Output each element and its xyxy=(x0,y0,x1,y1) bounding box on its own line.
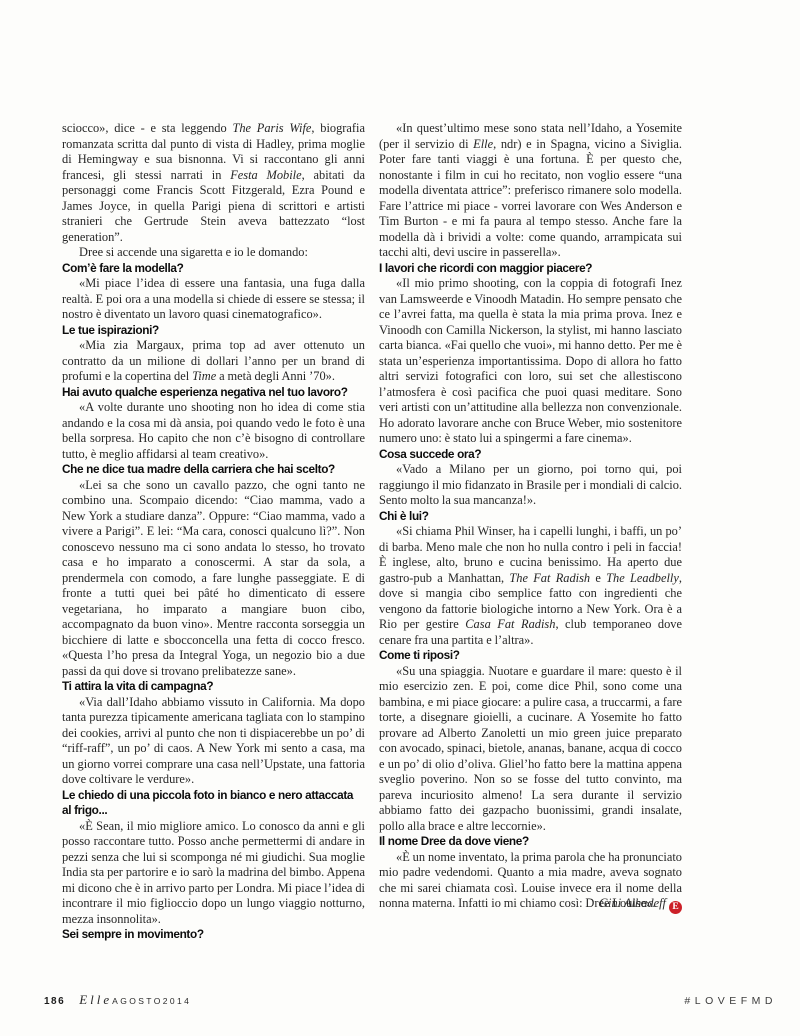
interview-question: Ti attira la vita di campagna? xyxy=(62,679,365,695)
paragraph: «È Sean, il mio migliore amico. Lo conos… xyxy=(62,819,365,928)
interview-question: I lavori che ricordi con maggior piacere… xyxy=(379,261,682,277)
paragraph: «Si chiama Phil Winser, ha i capelli lun… xyxy=(379,524,682,648)
paragraph: «Vado a Milano per un giorno, poi torno … xyxy=(379,462,682,509)
article-column-right: «In quest’ultimo mese sono stata nell’Id… xyxy=(379,121,682,943)
column-right-text: «In quest’ultimo mese sono stata nell’Id… xyxy=(379,121,682,912)
column-left-text: sciocco», dice - e sta leggendo The Pari… xyxy=(62,121,365,943)
paragraph: «Mia zia Margaux, prima top ad aver otte… xyxy=(62,338,365,385)
paragraph: «Il mio primo shooting, con la coppia di… xyxy=(379,276,682,447)
article-column-left: sciocco», dice - e sta leggendo The Pari… xyxy=(62,121,365,943)
paragraph: «Via dall’Idaho abbiamo vissuto in Calif… xyxy=(62,695,365,788)
paragraph: «Lei sa che sono un cavallo pazzo, che o… xyxy=(62,478,365,680)
paragraph: «Su una spiaggia. Nuotare e guardare il … xyxy=(379,664,682,835)
folio: 186 Elle AGOSTO2014 xyxy=(44,992,191,1008)
paragraph: sciocco», dice - e sta leggendo The Pari… xyxy=(62,121,365,245)
interview-question: Com’è fare la modella? xyxy=(62,261,365,277)
author-name: Gini Alhadeff xyxy=(599,896,666,910)
paragraph: Dree si accende una sigaretta e io le do… xyxy=(62,245,365,261)
elle-endmark-icon: E xyxy=(669,901,682,914)
interview-question: Chi è lui? xyxy=(379,509,682,525)
magazine-logo: Elle xyxy=(79,992,112,1008)
paragraph: «Mi piace l’idea di essere una fantasia,… xyxy=(62,276,365,323)
interview-question: Cosa succede ora? xyxy=(379,447,682,463)
page-footer: 186 Elle AGOSTO2014 #LOVEFMD xyxy=(44,992,777,1008)
magazine-page: sciocco», dice - e sta leggendo The Pari… xyxy=(0,0,800,1036)
article-body: sciocco», dice - e sta leggendo The Pari… xyxy=(62,121,682,943)
interview-question: Il nome Dree da dove viene? xyxy=(379,834,682,850)
interview-question: Hai avuto qualche esperienza negativa ne… xyxy=(62,385,365,401)
interview-question: Come ti riposi? xyxy=(379,648,682,664)
interview-question: Che ne dice tua madre della carriera che… xyxy=(62,462,365,478)
page-number: 186 xyxy=(44,996,65,1007)
interview-question: Sei sempre in movimento? xyxy=(62,927,365,943)
interview-question: Le tue ispirazioni? xyxy=(62,323,365,339)
watermark-hashtag: #LOVEFMD xyxy=(684,995,777,1007)
issue-date: AGOSTO2014 xyxy=(112,996,191,1006)
paragraph: «In quest’ultimo mese sono stata nell’Id… xyxy=(379,121,682,261)
interview-question: Le chiedo di una piccola foto in bianco … xyxy=(62,788,365,819)
paragraph: «A volte durante uno shooting non ho ide… xyxy=(62,400,365,462)
